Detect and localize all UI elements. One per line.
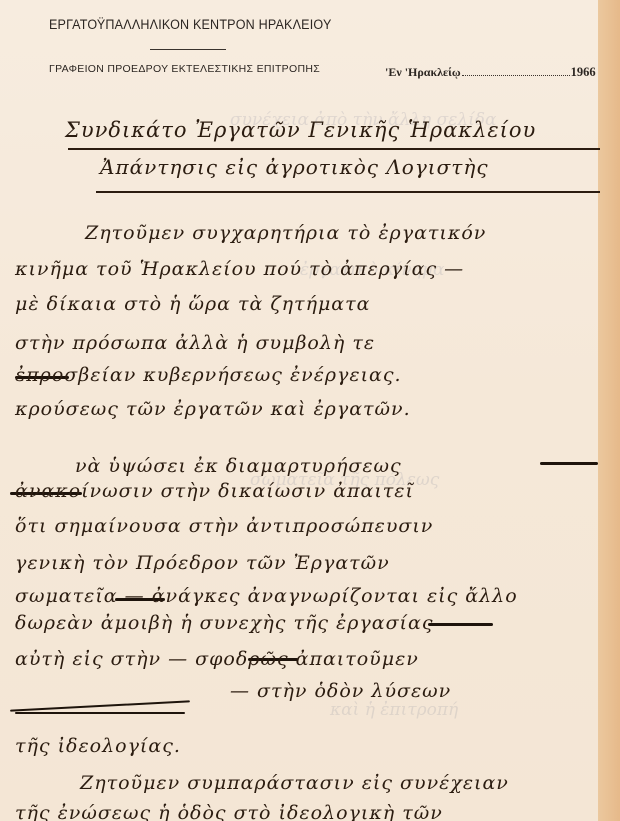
body-line: τῆς ἐνώσεως ἡ ὁδὸς στὸ ἰδεολογικὴ τῶν	[15, 802, 443, 821]
heading-underline-2	[96, 191, 600, 193]
body-line: γενικὴ τὸν Πρόεδρον τῶν Ἐργατῶν	[15, 552, 390, 574]
heading-underline-1	[68, 148, 600, 150]
date-blank	[462, 75, 570, 76]
strikethrough	[15, 712, 185, 714]
body-line: τῆς ἰδεολογίας.	[15, 735, 181, 757]
place-date-line: 'Εν 'Ηρακλείῳ 1966	[385, 65, 596, 80]
body-line: σωματεῖα — ἀνάγκες ἀναγνωρίζονται εἰς ἄλ…	[15, 585, 518, 607]
body-line: Ζητοῦμεν συμπαράστασιν εἰς συνέχειαν	[80, 772, 509, 794]
body-line: μὲ δίκαια στὸ ἡ ὥρα τὰ ζητήματα	[15, 293, 370, 315]
bleed-through-text: καὶ ἡ ἐπιτροπή	[330, 700, 458, 720]
body-line: δωρεὰν ἀμοιβὴ ἡ συνεχὴς τῆς ἐργασίας	[15, 612, 433, 634]
heading-line-1: Συνδικάτο Ἐργατῶν Γενικῆς Ἡρακλείου	[65, 118, 536, 142]
body-line: ἐπροσβείαν κυβερνήσεως ἐνέργειας.	[15, 364, 402, 386]
body-line: κρούσεως τῶν ἐργατῶν καὶ ἐργατῶν.	[15, 398, 411, 420]
body-line: νὰ ὑψώσει ἐκ διαμαρτυρήσεως	[75, 455, 402, 477]
body-line: στὴν πρόσωπα ἀλλὰ ἡ συμβολὴ τε	[15, 332, 375, 354]
letterhead-divider	[150, 49, 226, 50]
body-line: κινῆμα τοῦ Ἡρακλείου πού τὸ ἀπεργίας —	[15, 258, 464, 280]
body-line: — στὴν ὁδὸν λύσεων	[230, 680, 451, 702]
letterhead-office: ΓΡΑΦΕΙΟΝ ΠΡΟΕΔΡΟΥ ΕΚΤΕΛΕΣΤΙΚΗΣ ΕΠΙΤΡΟΠΗΣ	[49, 63, 320, 75]
place-label: 'Εν 'Ηρακλείῳ	[385, 65, 461, 80]
body-line: Ζητοῦμεν συγχαρητήρια τὸ ἐργατικόν	[85, 222, 486, 244]
body-line: αὐτὴ εἰς στὴν — σφοδρῶς ἀπαιτοῦμεν	[15, 648, 419, 670]
letterhead-organization: ΕΡΓΑΤΟΫΠΑΛΛΗΛΙΚΟΝ ΚΕΝΤΡΟΝ ΗΡΑΚΛΕΙΟΥ	[49, 17, 332, 32]
paper-edge	[598, 0, 620, 821]
body-line: ὅτι σημαίνουσα στὴν ἀντιπροσώπευσιν	[15, 515, 433, 537]
strikethrough	[540, 462, 598, 465]
year: 1966	[571, 65, 596, 80]
strikethrough	[428, 623, 493, 626]
heading-line-2: Ἀπάντησις εἰς ἀγροτικὸς Λογιστὴς	[100, 155, 489, 179]
body-line: ἀνακοίνωσιν στὴν δικαίωσιν ἀπαιτεῖ	[15, 480, 414, 502]
